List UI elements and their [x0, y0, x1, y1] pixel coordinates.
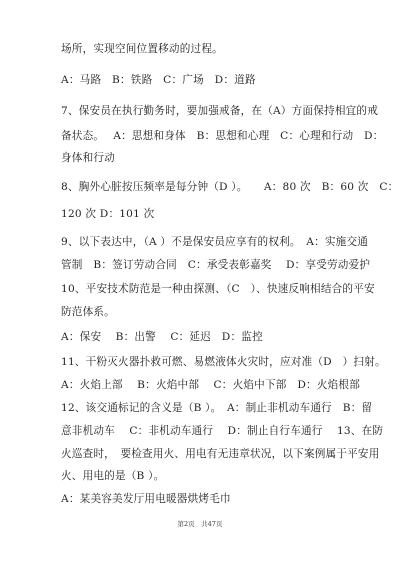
text-line: 12、该交通标记的含义是（B ）。 A：制止非机动车通行 B：留 — [61, 401, 372, 415]
text-line: 10、平安技术防范是一种由探测、（C ）、快速反响相结合的平安 — [61, 282, 375, 296]
text-line: A：火焰上部 B：火焰中部 C：火焰中下部 D：火焰根部 — [61, 378, 360, 392]
text-line: 9、以下表达中，（A ）不是保安员应享有的权利。 A：实施交通 — [61, 235, 368, 249]
text-line: 11、干粉灭火器扑救可燃、易燃液体火灾时，应对准（D ）扫射。 — [61, 355, 386, 369]
text-line: 8、胸外心脏按压频率是每分钟（D ）。 A：80 次 B：60 次 C： — [61, 180, 398, 194]
text-line: 7、保安员在执行勤务时，要加强戒备，在（A）方面保持相宜的戒 — [61, 104, 378, 118]
text-line: 防范体系。 — [61, 305, 115, 319]
text-line: 火、用电的是（B ）。 — [61, 469, 164, 483]
text-line: 管制 B：签订劳动合同 C：承受表彰嘉奖 D：享受劳动爱护 — [61, 258, 370, 272]
text-line: A：马路 B：铁路 C：广场 D：道路 — [61, 73, 256, 87]
document-page: 场所，实现空间位置移动的过程。 A：马路 B：铁路 C：广场 D：道路 7、保安… — [0, 0, 400, 566]
text-line: 备状态。 A：思想和身体 B：思想和心理 C：心理和行动 D： — [61, 129, 384, 143]
text-line: A：某美容美发厅用电暖器烘烤毛巾 — [61, 492, 231, 506]
text-line: 身体和行动 — [61, 151, 115, 165]
text-line: 火巡查时， 要检查用火、用电有无违章状况，以下案例属于平安用 — [61, 447, 380, 461]
page-number-footer: 第2页 共47页 — [0, 519, 400, 528]
text-line: A：保安 B：出警 C：延迟 D：监控 — [61, 330, 263, 344]
text-line: 意非机动车 C：非机动车通行 D：制止自行车通行 13、在防 — [61, 424, 383, 438]
text-line: 场所，实现空间位置移动的过程。 — [61, 42, 223, 56]
text-line: 120 次 D：101 次 — [61, 207, 154, 221]
